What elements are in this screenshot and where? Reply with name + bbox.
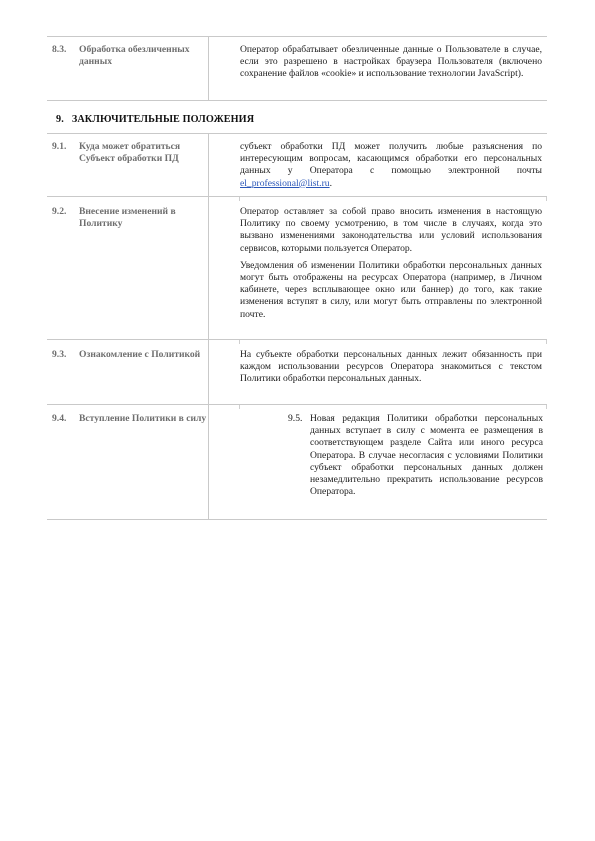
paragraph-text: . [330, 178, 332, 189]
row-number: 9.3. [52, 349, 66, 361]
paragraph: На субъекте обработки персональных данны… [240, 349, 542, 386]
row-title: Ознакомление с Политикой [79, 349, 209, 361]
row-title: Внесение изменений в Политику [79, 206, 209, 230]
table-rule [47, 36, 547, 37]
row-body: субъект обработки ПД может получить любы… [240, 141, 542, 195]
row-body: Оператор оставляет за собой право вносит… [240, 206, 542, 326]
table-rule [47, 100, 547, 101]
row-body: Оператор обрабатывает обезличенные данны… [240, 44, 542, 86]
paragraph: субъект обработки ПД может получить любы… [240, 141, 542, 190]
sub-clause-text: Новая редакция Политики обработки персон… [310, 413, 543, 498]
cell-tick [546, 340, 547, 344]
table-rule [47, 519, 547, 520]
section-heading: 9.ЗАКЛЮЧИТЕЛЬНЫЕ ПОЛОЖЕНИЯ [56, 114, 254, 125]
cell-tick [239, 197, 240, 201]
cell-tick [546, 197, 547, 201]
row-number: 9.2. [52, 206, 66, 218]
section-title: ЗАКЛЮЧИТЕЛЬНЫЕ ПОЛОЖЕНИЯ [72, 114, 254, 125]
paragraph: Оператор оставляет за собой право вносит… [240, 206, 542, 255]
paragraph: Оператор обрабатывает обезличенные данны… [240, 44, 542, 81]
cell-tick [546, 405, 547, 409]
row-number: 8.3. [52, 44, 66, 56]
row-title: Вступление Политики в силу [79, 413, 209, 425]
table-rule [47, 196, 547, 197]
table-rule [47, 339, 547, 340]
sub-clause-number: 9.5. [288, 413, 302, 425]
section-number: 9. [56, 114, 64, 125]
row-number: 9.1. [52, 141, 66, 153]
row-number: 9.4. [52, 413, 66, 425]
table-rule [47, 133, 547, 134]
row-title: Куда может обратиться Субъект обработки … [79, 141, 209, 165]
cell-tick [239, 340, 240, 344]
table-rule [47, 404, 547, 405]
row-title: Обработка обезличенных данных [79, 44, 209, 68]
paragraph-text: субъект обработки ПД может получить любы… [240, 141, 542, 176]
email-link[interactable]: el_professional@list.ru [240, 178, 330, 189]
cell-tick [239, 405, 240, 409]
row-body: На субъекте обработки персональных данны… [240, 349, 542, 391]
document-page: 8.3. Обработка обезличенных данных Опера… [0, 0, 595, 841]
paragraph: Уведомления об изменении Политики обрабо… [240, 260, 542, 321]
